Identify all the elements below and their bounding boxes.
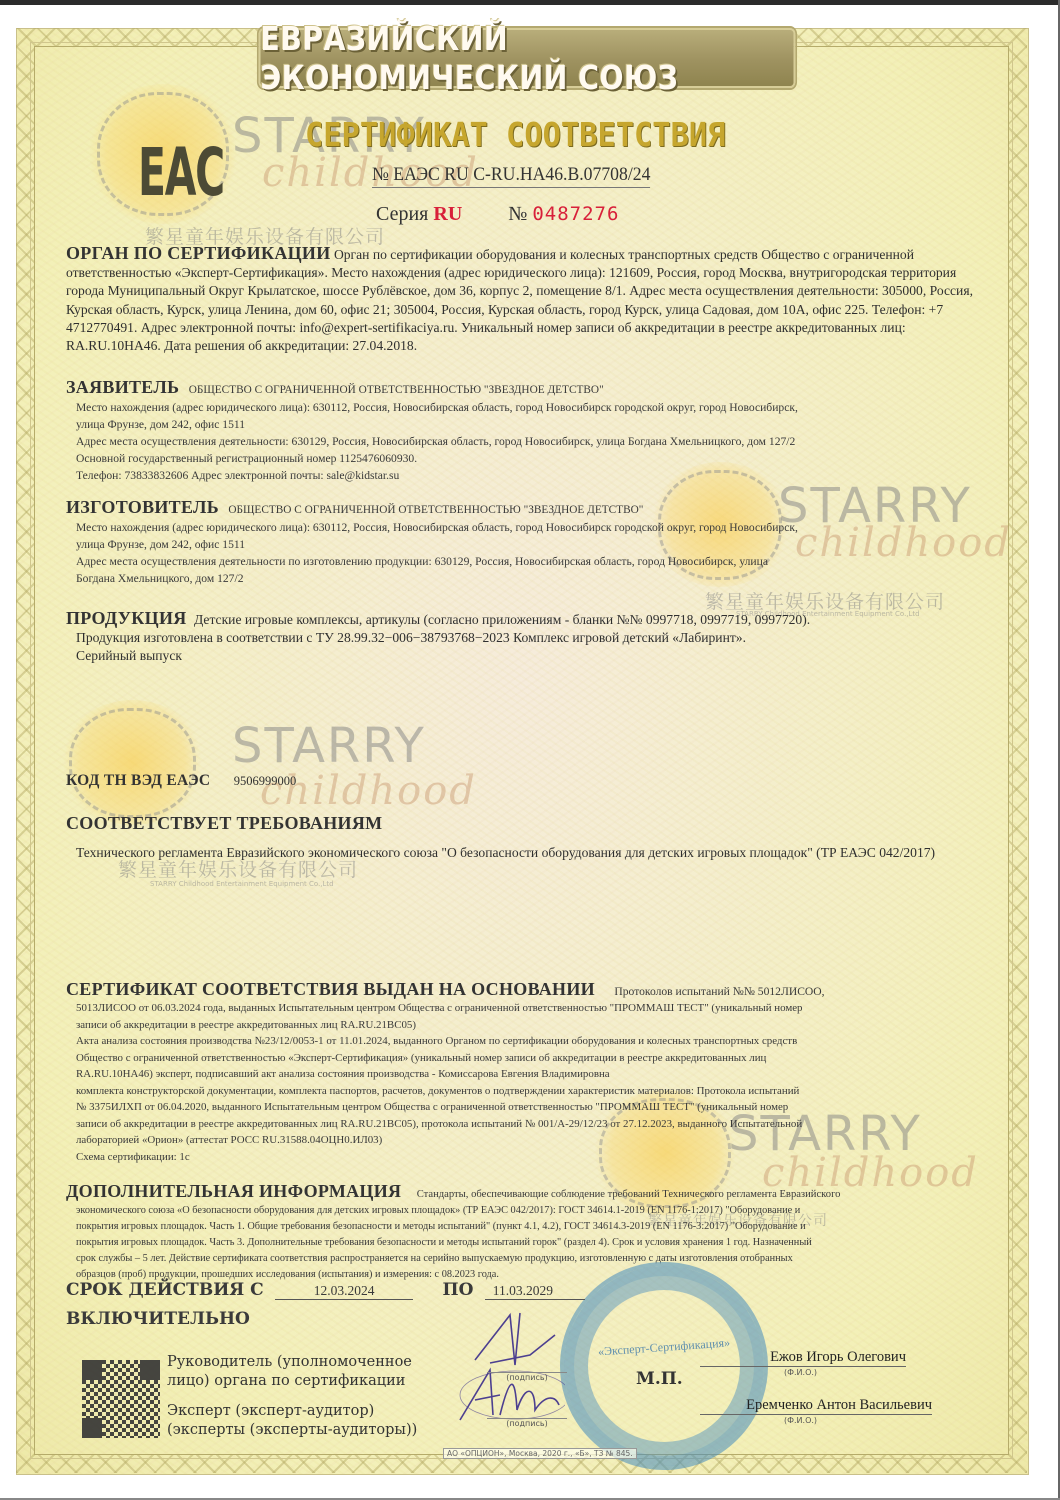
section-heading: СООТВЕТСТВУЕТ ТРЕБОВАНИЯМ [66,814,986,832]
expert-fio-caption: (Ф.И.О.) [784,1416,817,1425]
applicant-line: Адрес места осуществления деятельности: … [66,433,986,450]
certificate-number: № ЕАЭС RU C-RU.HA46.B.07708/24 [372,164,650,188]
section-applicant: ЗАЯВИТЕЛЬ ОБЩЕСТВО С ОГРАНИЧЕННОЙ ОТВЕТС… [66,378,986,484]
basis-line: Акта анализа состояния производства №23/… [66,1033,986,1050]
series-label: Серия [376,203,428,225]
basis-line: комплекта конструкторской документации, … [66,1083,986,1100]
section-product: ПРОДУКЦИЯ Детские игровые комплексы, арт… [66,609,986,666]
section-heading: КОД ТН ВЭД ЕАЭС [66,772,210,789]
section-additional-info: ДОПОЛНИТЕЛЬНАЯ ИНФОРМАЦИЯ Стандарты, обе… [66,1182,986,1283]
certificate-title: СЕРТИФИКАТ СООТВЕТСТВИЯ [305,115,725,154]
basis-line: 5013ЛИСОО от 06.03.2024 года, выданных И… [66,1000,986,1017]
section-heading: ОРГАН ПО СЕРТИФИКАЦИИ [66,243,331,263]
basis-line: записи об аккредитации в реестре аккреди… [66,1017,986,1034]
basis-line: RA.RU.10HA46) эксперт, подписавший акт а… [66,1066,986,1083]
series-value: RU [433,203,462,225]
section-basis: СЕРТИФИКАТ СООТВЕТСТВИЯ ВЫДАН НА ОСНОВАН… [66,980,986,1165]
manufacturer-name: ОБЩЕСТВО С ОГРАНИЧЕННОЙ ОТВЕТСТВЕННОСТЬЮ… [222,504,643,516]
section-manufacturer: ИЗГОТОВИТЕЛЬ ОБЩЕСТВО С ОГРАНИЧЕННОЙ ОТВ… [66,498,986,587]
window-top-bar [0,0,1060,5]
validity-from-label: СРОК ДЕЙСТВИЯ С [66,1280,264,1300]
manufacturer-line: Богдана Хмельницкого, дом 127/2 [66,570,986,587]
product-description: Детские игровые комплексы, артикулы (сог… [190,612,810,627]
expert-signature-caption: (подпись) [487,1418,567,1428]
qr-code-icon[interactable] [82,1360,160,1438]
section-heading: СЕРТИФИКАТ СООТВЕТСТВИЯ ВЫДАН НА ОСНОВАН… [66,979,595,999]
additional-line: покрытия игровых площадок. Часть 1. Общи… [66,1219,986,1235]
additional-line: экономического союза «О безопасности обо… [66,1203,986,1219]
validity-inclusive: ВКЛЮЧИТЕЛЬНО [66,1309,250,1329]
head-fio-caption: (Ф.И.О.) [784,1368,817,1377]
section-certification-body: ОРГАН ПО СЕРТИФИКАЦИИ Орган по сертифика… [66,244,986,355]
hs-code-value: 9506999000 [214,774,297,788]
section-heading: ДОПОЛНИТЕЛЬНАЯ ИНФОРМАЦИЯ [66,1181,401,1201]
applicant-line: Место нахождения (адрес юридического лиц… [66,399,986,416]
section-hs-code: КОД ТН ВЭД ЕАЭС 9506999000 [66,772,986,790]
applicant-line: Телефон: 73833832606 Адрес электронной п… [66,467,986,484]
union-title-banner: ЕВРАЗИЙСКИЙ ЭКОНОМИЧЕСКИЙ СОЮЗ [259,28,796,88]
head-signatory-label: Руководитель (уполномоченное лицо) орган… [167,1353,412,1391]
section-heading: ПРОДУКЦИЯ [66,608,187,628]
validity-to-label: ПО [443,1280,474,1300]
product-line: Продукция изготовлена в соответствии с Т… [66,629,986,647]
additional-line: покрытия игровых площадок. Часть 3. Допо… [66,1235,986,1251]
seal-placeholder-label: М.П. [636,1369,683,1389]
product-line: Серийный выпуск [66,647,986,665]
applicant-name: ОБЩЕСТВО С ОГРАНИЧЕННОЙ ОТВЕТСТВЕННОСТЬЮ… [183,384,604,396]
basis-line: Схема сертификации: 1с [66,1149,986,1166]
section-conforms: СООТВЕТСТВУЕТ ТРЕБОВАНИЯМ Технического р… [66,814,986,862]
section-heading: ИЗГОТОВИТЕЛЬ [66,497,219,517]
basis-line: № 3375ИЛХП от 06.04.2020, выданного Испы… [66,1099,986,1116]
printer-imprint: АО «ОПЦИОН», Москва, 2020 г., «Б», ТЗ № … [443,1448,637,1459]
expert-label-line: Эксперт (эксперт-аудитор) [167,1402,417,1421]
additional-lead: Стандарты, обеспечивающие соблюдение тре… [405,1189,841,1200]
union-title: ЕВРАЗИЙСКИЙ ЭКОНОМИЧЕСКИЙ СОЮЗ [260,19,793,97]
series-row: Серия RU № 0487276 [376,203,619,226]
manufacturer-line: Место нахождения (адрес юридического лиц… [66,519,986,536]
validity-from-date: 12.03.2024 [275,1283,413,1300]
expert-signatory-label: Эксперт (эксперт-аудитор) (эксперты (экс… [167,1402,417,1440]
basis-line: Общество с ограниченной ответственностью… [66,1050,986,1067]
conforms-text: Технического регламента Евразийского эко… [66,844,986,862]
blank-number: 0487276 [532,203,619,225]
expert-full-name: Еремченко Антон Васильевич [700,1397,932,1415]
head-signature-caption: (подпись) [487,1372,567,1382]
head-label-line: Руководитель (уполномоченное [167,1353,412,1372]
additional-line: срок службы – 5 лет. Действие сертификат… [66,1251,986,1267]
basis-line: записи об аккредитации в реестре аккреди… [66,1116,986,1133]
validity-period: СРОК ДЕЙСТВИЯ С 12.03.2024 ПО 11.03.2029 [66,1280,585,1300]
eac-mark-icon: ЕАС [138,140,224,206]
applicant-line: Основной государственный регистрационный… [66,450,986,467]
manufacturer-line: улица Фрунзе, дом 242, офис 1511 [66,536,986,553]
expert-label-line: (эксперты (эксперты-аудиторы)) [167,1421,417,1440]
section-heading: ЗАЯВИТЕЛЬ [66,377,179,397]
basis-lead: Протоколов испытаний №№ 5012ЛИСОО, [598,985,824,998]
blank-number-label: № [508,203,527,225]
basis-line: лабораторией «Орион» (аттестат РОСС RU.3… [66,1132,986,1149]
applicant-line: улица Фрунзе, дом 242, офис 1511 [66,416,986,433]
validity-to-date: 11.03.2029 [485,1283,585,1300]
head-label-line: лицо) органа по сертификации [167,1372,412,1391]
manufacturer-line: Адрес места осуществления деятельности п… [66,553,986,570]
head-full-name: Ежов Игорь Олегович [700,1349,906,1367]
